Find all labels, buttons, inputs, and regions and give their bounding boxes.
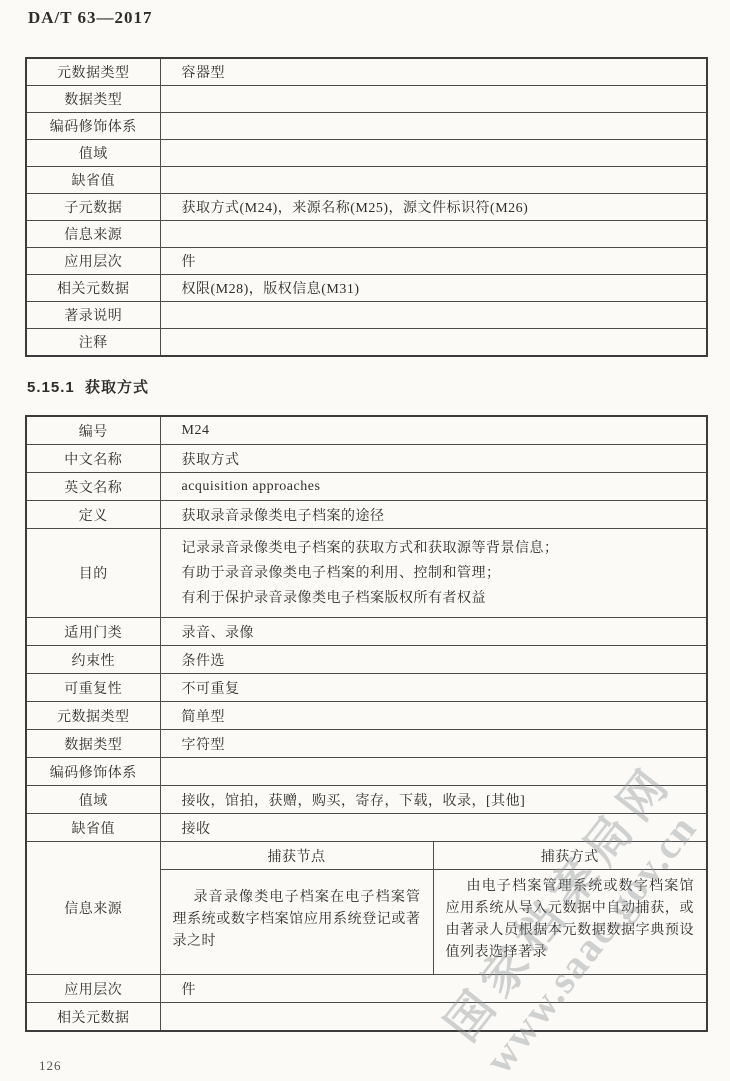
row-label: 可重复性 [26, 674, 160, 702]
table-row: 相关元数据 [26, 1003, 707, 1032]
row-value: 接收 [160, 814, 707, 842]
purpose-line: 有利于保护录音录像类电子档案版权所有者权益 [182, 586, 701, 611]
table-row: 编码修饰体系 [26, 113, 707, 140]
row-value: 权限(M28)，版权信息(M31) [160, 275, 707, 302]
row-value: 获取录音录像类电子档案的途径 [160, 501, 707, 529]
row-label: 元数据类型 [26, 702, 160, 730]
row-value [160, 302, 707, 329]
capture-method-value: 由电子档案管理系统或数字档案馆应用系统从导入元数据中自动捕获，或由著录人员根据本… [433, 870, 707, 975]
table-row: 缺省值 [26, 167, 707, 194]
row-value [160, 113, 707, 140]
row-label: 著录说明 [26, 302, 160, 329]
row-value: 容器型 [160, 58, 707, 86]
row-label: 子元数据 [26, 194, 160, 221]
table-row: 中文名称 获取方式 [26, 445, 707, 473]
table-row: 注释 [26, 329, 707, 357]
row-value: 接收，馆拍，获赠，购买，寄存，下载，收录，[其他] [160, 786, 707, 814]
row-label: 适用门类 [26, 618, 160, 646]
page-number: 126 [39, 1058, 62, 1074]
row-value [160, 758, 707, 786]
table-row: 约束性 条件选 [26, 646, 707, 674]
row-label: 缺省值 [26, 814, 160, 842]
table-row: 可重复性 不可重复 [26, 674, 707, 702]
row-value: 记录录音录像类电子档案的获取方式和获取源等背景信息； 有助于录音录像类电子档案的… [160, 529, 707, 618]
row-label: 相关元数据 [26, 275, 160, 302]
row-label: 定义 [26, 501, 160, 529]
row-label: 注释 [26, 329, 160, 357]
acquisition-method-table: 编号 M24 中文名称 获取方式 英文名称 acquisition approa… [25, 415, 708, 1032]
row-value: 获取方式 [160, 445, 707, 473]
row-label: 值域 [26, 786, 160, 814]
row-label: 约束性 [26, 646, 160, 674]
row-value [160, 167, 707, 194]
row-label: 值域 [26, 140, 160, 167]
row-label: 编号 [26, 416, 160, 445]
table-row: 英文名称 acquisition approaches [26, 473, 707, 501]
row-label: 信息来源 [26, 221, 160, 248]
table-row: 编号 M24 [26, 416, 707, 445]
table-row: 子元数据 获取方式(M24)，来源名称(M25)，源文件标识符(M26) [26, 194, 707, 221]
row-label: 中文名称 [26, 445, 160, 473]
table-row: 元数据类型 容器型 [26, 58, 707, 86]
table-row: 著录说明 [26, 302, 707, 329]
row-label: 元数据类型 [26, 58, 160, 86]
table-row: 元数据类型 简单型 [26, 702, 707, 730]
row-value [160, 86, 707, 113]
row-label: 目的 [26, 529, 160, 618]
table-row: 相关元数据 权限(M28)，版权信息(M31) [26, 275, 707, 302]
table-row-info-source-header: 信息来源 捕获节点 捕获方式 [26, 842, 707, 870]
row-label: 应用层次 [26, 248, 160, 275]
document-code: DA/T 63—2017 [28, 8, 153, 28]
row-value: 字符型 [160, 730, 707, 758]
row-value: 获取方式(M24)，来源名称(M25)，源文件标识符(M26) [160, 194, 707, 221]
container-metadata-table: 元数据类型 容器型 数据类型 编码修饰体系 值域 缺省值 子元数据 获取方式(M… [25, 57, 708, 357]
section-heading: 5.15.1 获取方式 [27, 376, 149, 397]
table-row: 信息来源 [26, 221, 707, 248]
row-label: 缺省值 [26, 167, 160, 194]
row-value [160, 221, 707, 248]
capture-method-header: 捕获方式 [433, 842, 707, 870]
table-row: 数据类型 字符型 [26, 730, 707, 758]
row-value: 件 [160, 248, 707, 275]
table-row: 编码修饰体系 [26, 758, 707, 786]
table-row: 缺省值 接收 [26, 814, 707, 842]
purpose-line: 有助于录音录像类电子档案的利用、控制和管理； [182, 561, 701, 586]
table-row: 值域 [26, 140, 707, 167]
row-label: 应用层次 [26, 975, 160, 1003]
row-label: 数据类型 [26, 86, 160, 113]
table-row: 值域 接收，馆拍，获赠，购买，寄存，下载，收录，[其他] [26, 786, 707, 814]
table-row: 应用层次 件 [26, 248, 707, 275]
row-label: 信息来源 [26, 842, 160, 975]
table-row-purpose: 目的 记录录音录像类电子档案的获取方式和获取源等背景信息； 有助于录音录像类电子… [26, 529, 707, 618]
capture-node-header: 捕获节点 [160, 842, 433, 870]
row-value: 不可重复 [160, 674, 707, 702]
row-value [160, 329, 707, 357]
row-value [160, 1003, 707, 1032]
row-label: 英文名称 [26, 473, 160, 501]
row-label: 相关元数据 [26, 1003, 160, 1032]
table-row: 适用门类 录音、录像 [26, 618, 707, 646]
row-value: 条件选 [160, 646, 707, 674]
row-label: 编码修饰体系 [26, 113, 160, 140]
purpose-line: 记录录音录像类电子档案的获取方式和获取源等背景信息； [182, 536, 701, 561]
table-row: 应用层次 件 [26, 975, 707, 1003]
row-value: 件 [160, 975, 707, 1003]
row-label: 编码修饰体系 [26, 758, 160, 786]
row-label: 数据类型 [26, 730, 160, 758]
row-value [160, 140, 707, 167]
row-value: M24 [160, 416, 707, 445]
capture-node-value: 录音录像类电子档案在电子档案管理系统或数字档案馆应用系统登记或著录之时 [160, 870, 433, 975]
row-value: 简单型 [160, 702, 707, 730]
table-row: 定义 获取录音录像类电子档案的途径 [26, 501, 707, 529]
table-row: 数据类型 [26, 86, 707, 113]
row-value: acquisition approaches [160, 473, 707, 501]
row-value: 录音、录像 [160, 618, 707, 646]
